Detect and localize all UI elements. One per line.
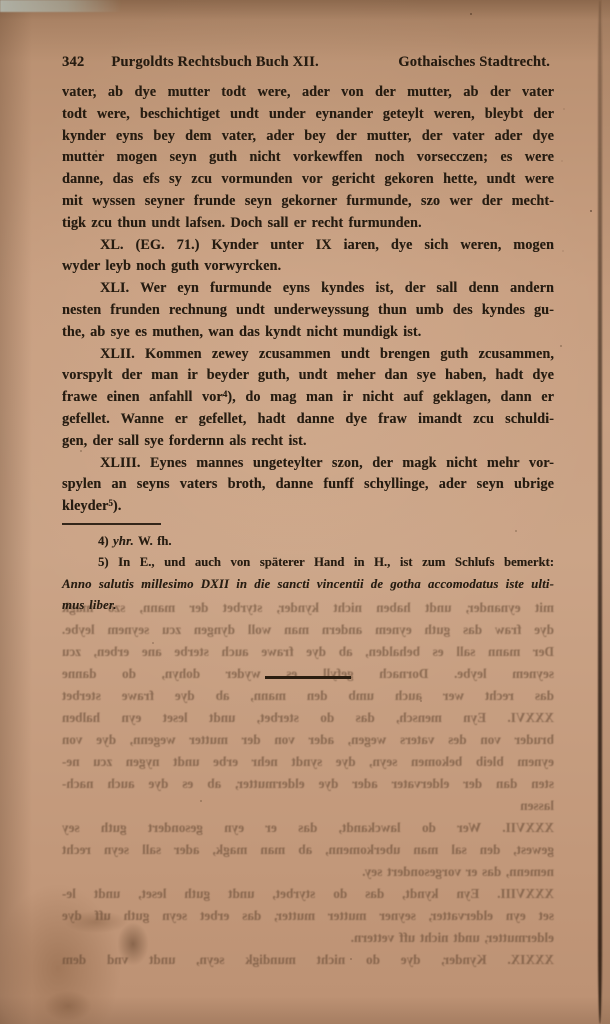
text-line: tigk zcu thun undt lafsen. Doch sall er … [62,213,554,235]
footnote-line: 5) In E., und auch von späterer Hand in … [62,552,554,573]
text-line: gen, der sall sye fordernn als recht ist… [62,431,554,453]
header-book-title: Purgoldts Rechtsbuch Buch XII. [111,54,318,71]
bleedthrough-line: set eyn eldervatter, seyner mutter mutte… [62,905,554,927]
text-line: mit wyssen seyner frunde seyn gekorner f… [62,191,554,213]
text-line: XL. (EG. 71.) Kynder unter IX iaren, dye… [62,235,554,257]
header-section-title: Gothaisches Stadtrecht. [398,54,550,71]
bleedthrough-text: mit eynander, undt haben nicht kynder, s… [62,597,554,971]
scanned-book-page: mit eynander, undt haben nicht kynder, s… [0,0,610,1024]
page-number: 342 [62,54,84,71]
text-line: nesten frunden rechnung undt underweyssu… [62,300,554,322]
text-line: vorspylt der man ir beyder guth, undt me… [62,365,554,387]
text-block: vater, ab dye mutter todt were, ader von… [62,82,554,518]
text-line: mutter mogen seyn guth nicht vorkewffen … [62,147,554,169]
bleedthrough-line: sten dan der eldervater ader dye eldermu… [62,773,554,795]
bleedthrough-line: dye fraw das guth eynem andern man woll … [62,619,554,641]
paragraph: XLI. Wer eyn furmunde eyns kyndes ist, d… [62,278,554,343]
bleedthrough-line: eynem bleib bekomen seyn, dye syndt nehr… [62,751,554,773]
paragraph: XL. (EG. 71.) Kynder unter IX iaren, dye… [62,235,554,279]
footnote-line: mus liber. [62,595,554,616]
text-line: kleyder5). [62,496,554,518]
text-line: the, ab sye es muthen, wan das kyndt nic… [62,322,554,344]
end-rule [265,676,351,679]
text-line: spylen an seyns vaters broth, danne funf… [62,474,554,496]
bleedthrough-line: das recht wer auch umb den mann, ab dye … [62,685,554,707]
bleedthrough-line: seynem leybe. Dornach gefyll es wyder do… [62,663,554,685]
text-line: wyder leyb noch guth vorwyrcken. [62,256,554,278]
text-line: gefellet. Wanne er gefellet, hadt danne … [62,409,554,431]
page-edge-shadow [598,0,602,1024]
running-header: 342 Purgoldts Rechtsbuch Buch XII. Gotha… [62,54,554,71]
bleedthrough-line: eldermutter, undt nicht uff vettern. [62,927,554,949]
bleedthrough-line: lassen [62,795,554,817]
paragraph: vater, ab dye mutter todt were, ader von… [62,82,554,235]
bleedthrough-line: Der mann sall es behalden, ab dye frawe … [62,641,554,663]
text-line: todt were, beschichtiget undt under eyna… [62,104,554,126]
footnote-line: 4) yhr. W. fh. [62,531,554,552]
page-content: 342 Purgoldts Rechtsbuch Buch XII. Gotha… [62,54,554,617]
bleedthrough-line: gewest, den sal man uberkomenn, ab man m… [62,839,554,861]
bleedthrough-line: nemenn, das er vorgesondert sey. [62,861,554,883]
paragraph: XLII. Kommen zewey zcusammen undt brenge… [62,344,554,453]
page-edge [602,0,610,1024]
paper-speckles [470,13,472,15]
text-line: XLII. Kommen zewey zcusammen undt brenge… [62,344,554,366]
footnote-line: Anno salutis millesimo DXII in die sanct… [62,574,554,595]
footnotes: 4) yhr. W. fh.5) In E., und auch von spä… [62,531,554,617]
footnote-rule [62,523,161,525]
text-line: kynder eyns bey dem vater, ader bey der … [62,126,554,148]
paragraph: XLIII. Eynes mannes ungeteylter szon, de… [62,453,554,518]
text-line: frawe einen anfahll vor4), do mag man ir… [62,387,554,409]
text-line: XLIII. Eynes mannes ungeteylter szon, de… [62,453,554,475]
bleedthrough-line: bruder von des vaters wegen, ader von de… [62,729,554,751]
corner-stain [0,0,122,12]
bleedthrough-line: XXXVI. Eyn mensch, das do sterbet, undt … [62,707,554,729]
text-line: vater, ab dye mutter todt were, ader von… [62,82,554,104]
bleedthrough-line: XXXVII. Wer do lawckandt, das er eyn ges… [62,817,554,839]
bleedthrough-line: XXXIX. Kynder, dye do nicht mundigk seyn… [62,949,554,971]
bleedthrough-line: XXXVIII. Eyn kyndt, das do styrbet, undt… [62,883,554,905]
text-line: danne, das efs sy zcu vormunden vor geri… [62,169,554,191]
text-line: XLI. Wer eyn furmunde eyns kyndes ist, d… [62,278,554,300]
